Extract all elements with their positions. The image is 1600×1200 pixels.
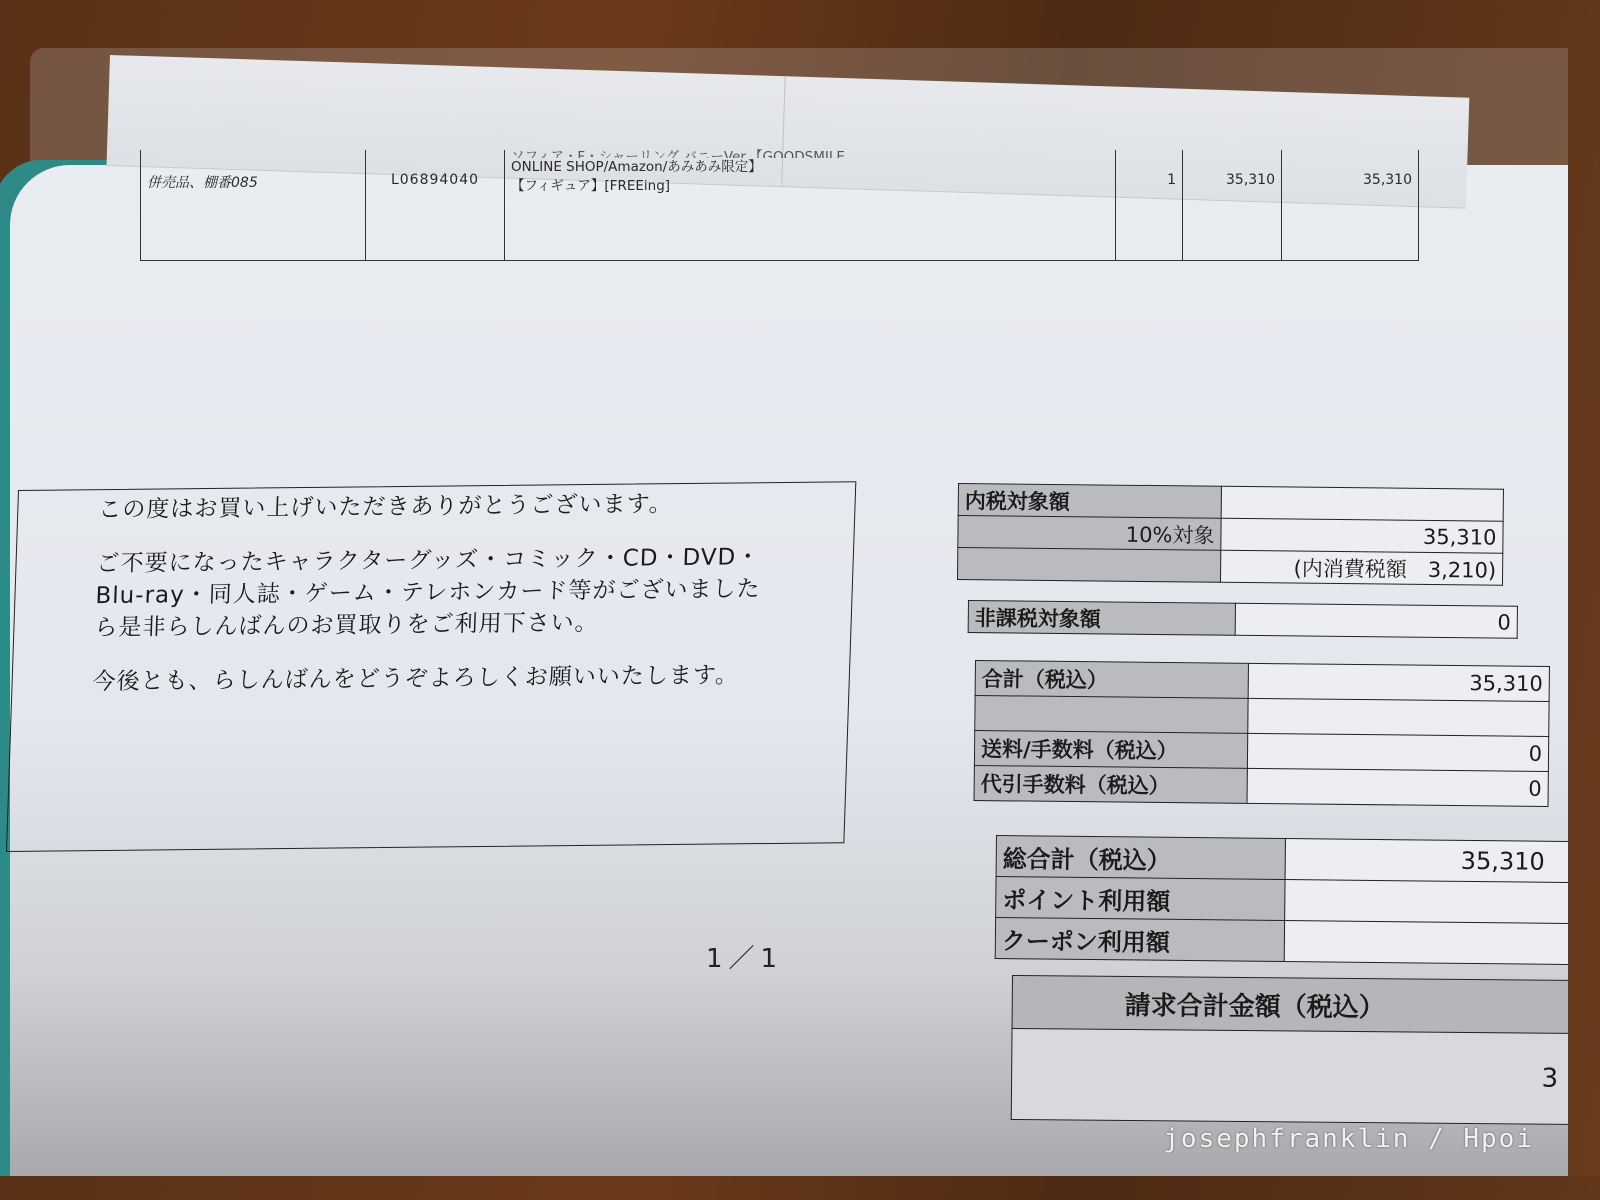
table-row: (内消費税額 3,210) (957, 548, 1502, 586)
table-row: 併売品、棚番085 L06894040 ソフィア・F・シャーリング バニーVer… (141, 150, 1419, 261)
table-row: 3 (1011, 1029, 1568, 1125)
item-quantity: 1 (1116, 150, 1183, 261)
non-taxable-label: 非課税対象額 (968, 601, 1235, 636)
message-line: この度はお買い上げいただきありがとうございます。 (98, 486, 855, 526)
table-row: 非課税対象額 0 (968, 601, 1517, 639)
grand-total-value: 35,310 (1285, 839, 1568, 883)
table-row: 代引手数料（税込） 0 (974, 765, 1548, 806)
item-code: L06894040 (366, 150, 505, 261)
grand-total-label: 総合計（税込） (996, 836, 1285, 880)
tax-inclusive-label: 内税対象額 (958, 484, 1221, 519)
message-paragraph: ご不要になったキャラクターグッズ・コミック・CD・DVD・ Blu-ray・同人… (94, 540, 853, 644)
table-row: ポイント利用額 (996, 877, 1568, 924)
blank-label (975, 696, 1248, 734)
shipping-fee-value: 0 (1247, 733, 1548, 771)
tax-note-label (957, 548, 1220, 583)
cod-fee-label: 代引手数料（税込） (974, 765, 1247, 803)
tax-inclusive-table: 内税対象額 10%対象 35,310 (内消費税額 3,210) (957, 483, 1504, 586)
non-taxable-value: 0 (1235, 603, 1517, 638)
message-line: 今後とも、らしんばんをどうぞよろしくお願いいたします。 (92, 658, 849, 698)
table-row: 請求合計金額（税込） (1012, 976, 1568, 1034)
product-name-line: 【フィギュア】[FREEing] (511, 177, 1109, 196)
table-row: 送料/手数料（税込） 0 (974, 731, 1548, 772)
totals-table: 合計（税込） 35,310 送料/手数料（税込） 0 代引手数料（税込） 0 (974, 660, 1550, 807)
subtotal-label: 合計（税込） (975, 661, 1248, 699)
item-product-name: ソフィア・F・シャーリング バニーVer.【GOODSMILE ONLINE S… (505, 150, 1116, 261)
billing-total-value: 3 (1011, 1029, 1568, 1125)
blank-value (1248, 698, 1549, 736)
page-number: 1／1 (706, 938, 783, 975)
shipping-fee-label: 送料/手数料（税込） (974, 731, 1247, 769)
table-row: 総合計（税込） 35,310 (996, 836, 1568, 883)
billing-total-table: 請求合計金額（税込） 3 (1011, 975, 1568, 1125)
grand-total-table: 総合計（税込） 35,310 ポイント利用額 クーポン利用額 (995, 835, 1568, 965)
points-used-label: ポイント利用額 (996, 877, 1285, 921)
billing-total-label: 請求合計金額（税込） (1012, 976, 1568, 1034)
product-name-line: ソフィア・F・シャーリング バニーVer.【GOODSMILE (511, 148, 1109, 158)
item-table: 併売品、棚番085 L06894040 ソフィア・F・シャーリング バニーVer… (140, 150, 1419, 261)
table-row: クーポン利用額 (995, 918, 1568, 965)
table-row (975, 696, 1549, 737)
watermark: josephfranklin / Hpoi (1163, 1124, 1534, 1154)
item-note: 併売品、棚番085 (141, 150, 366, 261)
item-unit-price: 35,310 (1183, 150, 1282, 261)
cod-fee-value: 0 (1247, 768, 1548, 806)
tax-inclusive-value (1221, 486, 1503, 521)
product-name-line: ONLINE SHOP/Amazon/あみあみ限定】 (511, 158, 1109, 177)
table-row: 合計（税込） 35,310 (975, 661, 1549, 702)
thank-you-message-box: この度はお買い上げいただきありがとうございます。 ご不要になったキャラクターグッ… (6, 481, 856, 852)
coupon-used-label: クーポン利用額 (995, 918, 1284, 962)
message-line: ら是非らしんばんのお買取りをご利用下さい。 (94, 604, 851, 644)
points-used-value (1285, 880, 1568, 924)
tax-rate-label: 10%対象 (958, 516, 1221, 551)
subtotal-value: 35,310 (1248, 663, 1549, 701)
non-taxable-table: 非課税対象額 0 (968, 600, 1518, 639)
item-amount: 35,310 (1282, 150, 1419, 261)
coupon-used-value (1284, 921, 1568, 965)
tax-rate-value: 35,310 (1221, 518, 1503, 553)
consumption-tax-note: (内消費税額 3,210) (1220, 550, 1502, 585)
